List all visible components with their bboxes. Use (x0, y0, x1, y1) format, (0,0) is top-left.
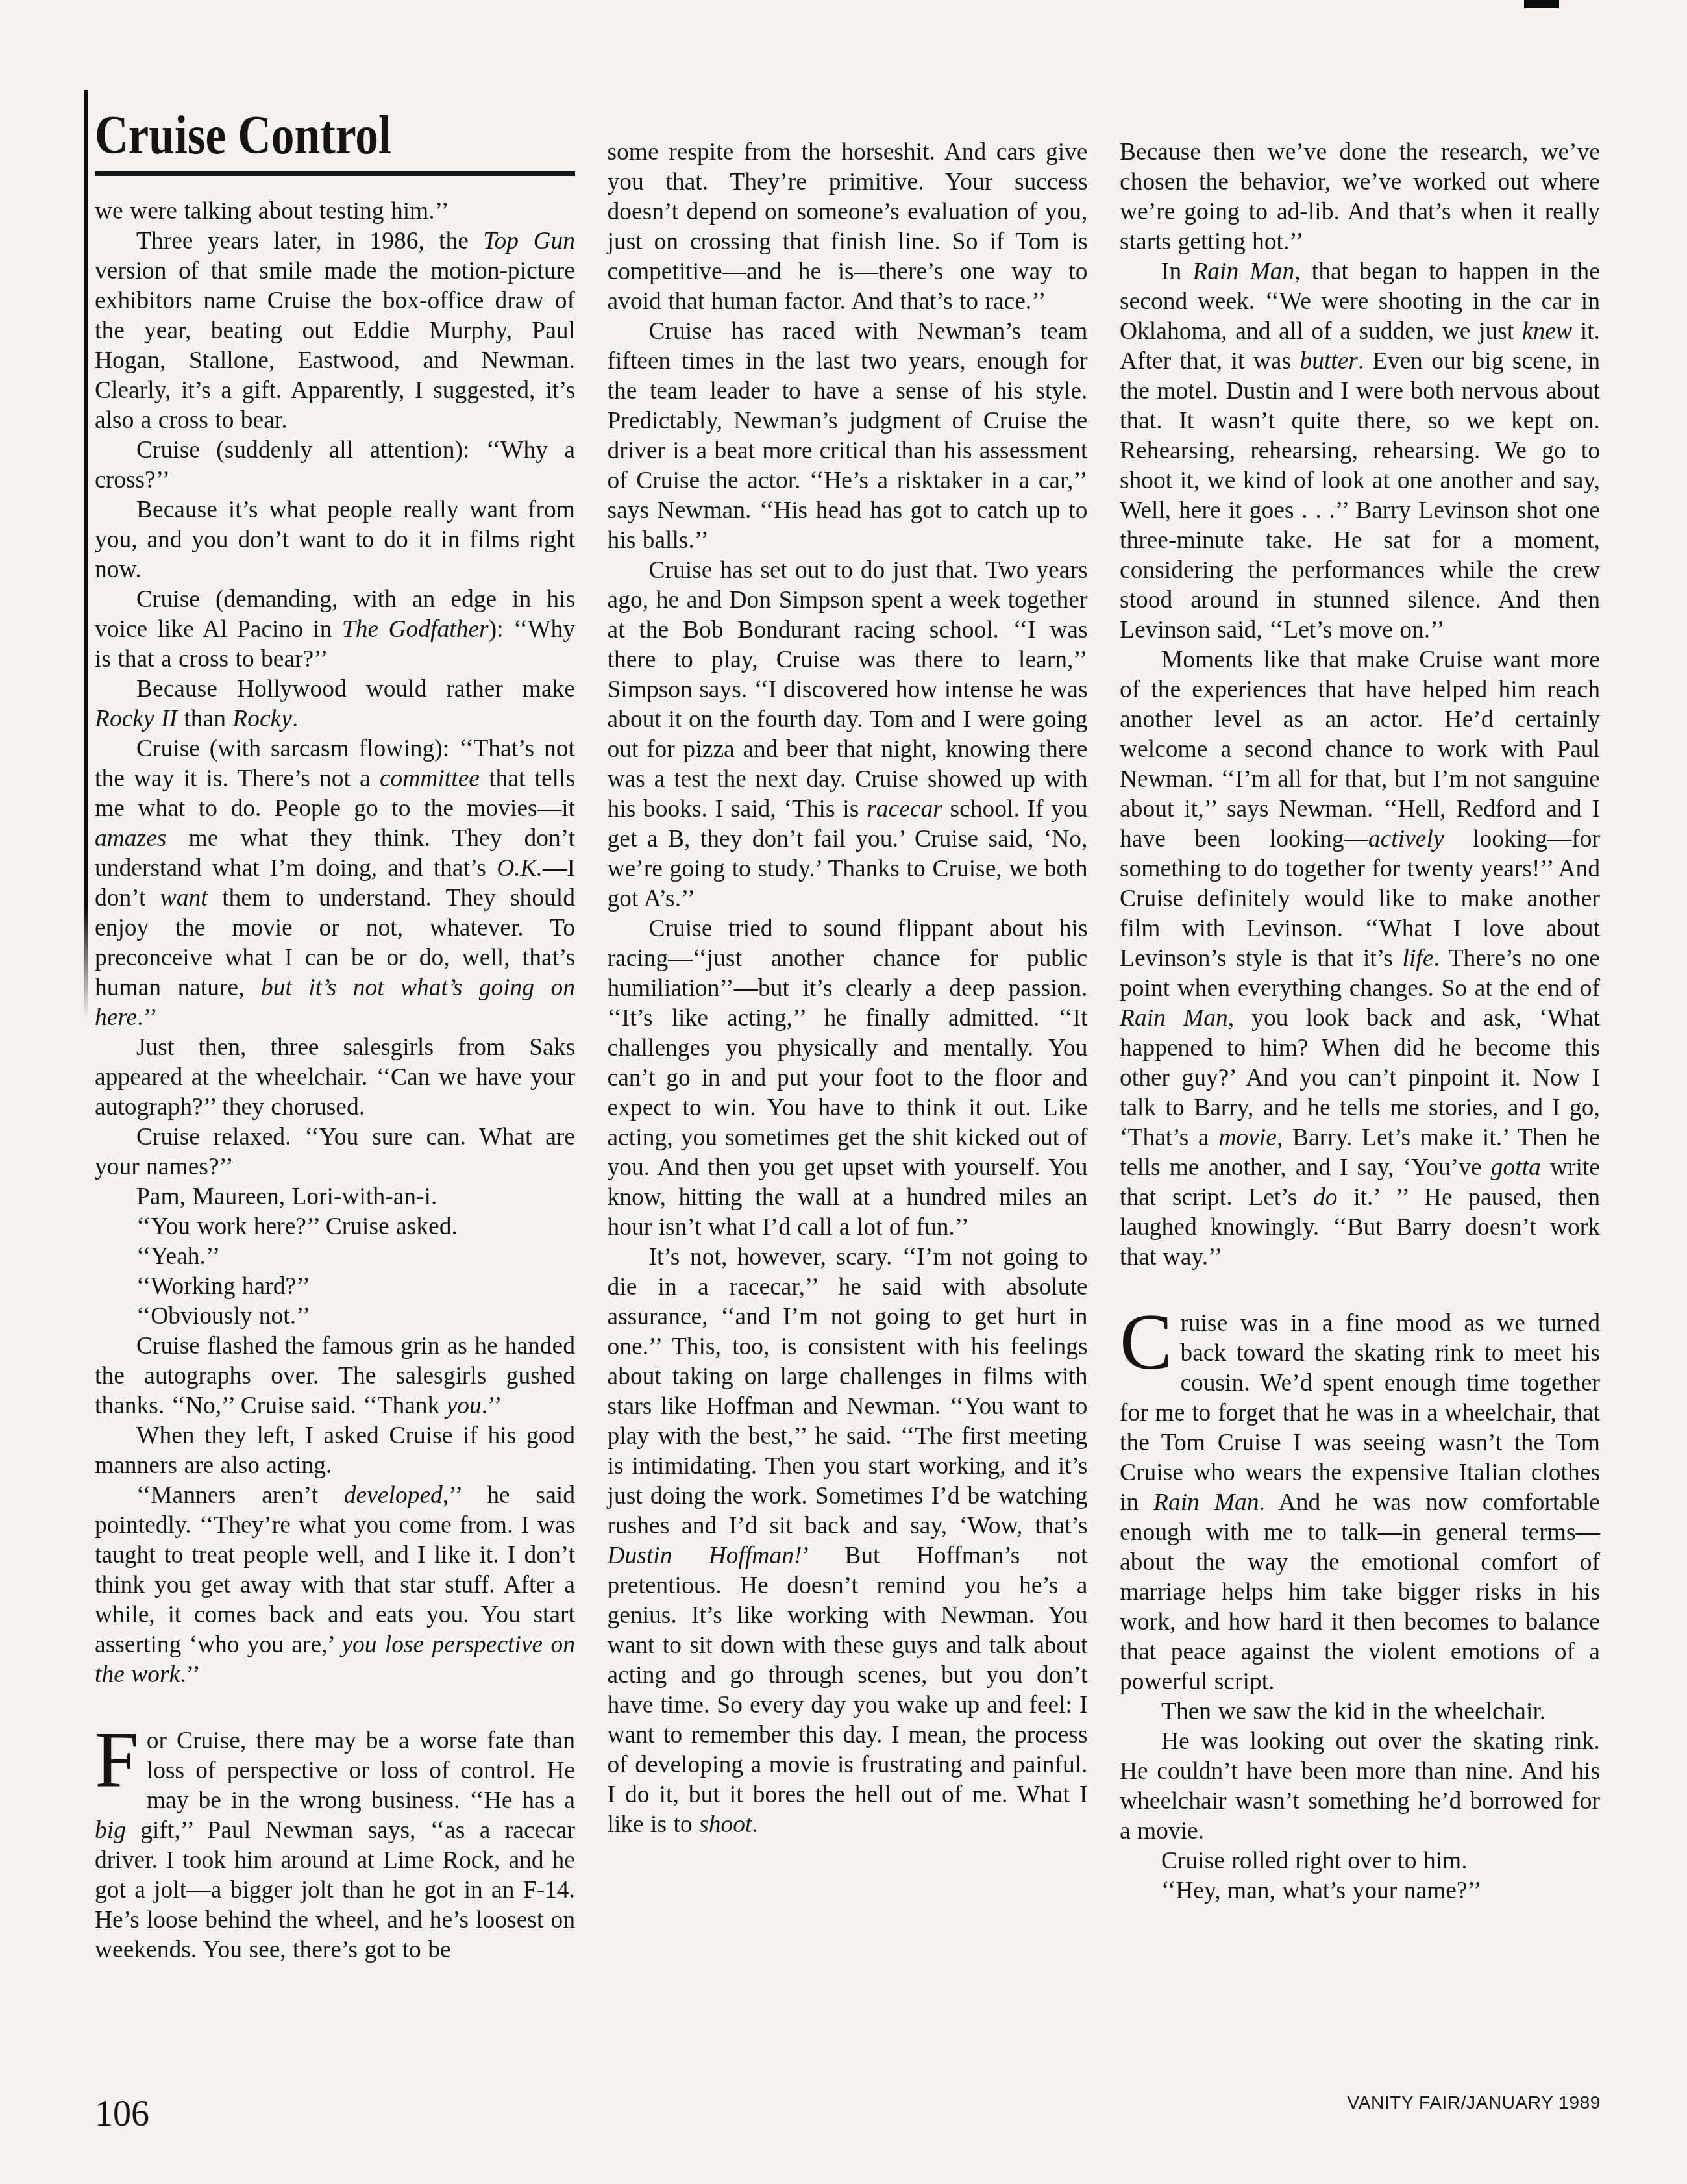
italic-text: knew (1522, 318, 1572, 345)
paragraph: some respite from the horseshit. And car… (608, 138, 1088, 317)
italic-text: shoot (699, 1811, 752, 1838)
drop-cap: F (95, 1726, 147, 1791)
italic-text: actively (1368, 826, 1444, 852)
text-run: Three years later, in 1986, the (136, 228, 483, 254)
paragraph: ‘‘Manners aren’t developed,’’ he said po… (95, 1481, 575, 1690)
paragraph: Cruise (suddenly all attention): ‘‘Why a… (95, 436, 575, 495)
italic-text: The Godfather (342, 616, 489, 643)
text-run: than (177, 706, 232, 732)
scan-edge-artifact (1524, 0, 1559, 8)
text-run: gift,’’ Paul Newman says, ‘‘as a racecar… (95, 1817, 575, 1963)
paragraph: ‘‘Hey, man, what’s your name?’’ (1120, 1876, 1600, 1906)
paragraph: For Cruise, there may be a worse fate th… (95, 1726, 575, 1965)
text-run: He was looking out over the skating rink… (1120, 1728, 1600, 1844)
paragraph: Then we saw the kid in the wheelchair. (1120, 1697, 1600, 1727)
italic-text: Rain Man (1120, 1005, 1228, 1032)
paragraph: Cruise flashed the famous grin as he han… (95, 1332, 575, 1421)
italic-text: you (447, 1393, 482, 1419)
text-run: In (1161, 258, 1192, 285)
drop-cap: C (1120, 1309, 1180, 1373)
text-run: . Even our big scene, in the motel. Dust… (1120, 348, 1600, 643)
text-run: Cruise (suddenly all attention): ‘‘Why a… (95, 437, 575, 493)
magazine-page: Cruise Control we were talking about tes… (0, 0, 1687, 2184)
column-3-text: Because then we’ve done the research, we… (1120, 138, 1600, 1906)
paragraph: It’s not, however, scary. ‘‘I’m not goin… (608, 1243, 1088, 1840)
paragraph: ‘‘Yeah.’’ (95, 1242, 575, 1272)
text-run: Then we saw the kid in the wheelchair. (1161, 1698, 1545, 1725)
column-1-text: we were talking about testing him.’’Thre… (95, 197, 575, 1965)
text-run: .’’ (137, 1004, 158, 1031)
text-run: . And he was now comfortable enough with… (1120, 1489, 1600, 1695)
italic-text: racecar (867, 796, 942, 823)
text-run: .’’ (180, 1661, 201, 1688)
text-run: Pam, Maureen, Lori-with-an-i. (136, 1184, 437, 1210)
italic-text: Top Gun (483, 228, 575, 254)
text-run: ‘‘You work here?’’ Cruise asked. (136, 1213, 458, 1240)
paragraph: we were talking about testing him.’’ (95, 197, 575, 227)
paragraph: Three years later, in 1986, the Top Gun … (95, 227, 575, 436)
italic-text: butter (1299, 348, 1358, 375)
text-run: Cruise rolled right over to him. (1161, 1848, 1468, 1874)
italic-text: Rocky II (95, 706, 177, 732)
text-run: . (752, 1811, 757, 1838)
text-run: ’ But Hoffman’s not pretentious. He does… (608, 1543, 1088, 1838)
text-run: ruise was in a fine mood as we turned ba… (1120, 1310, 1600, 1516)
paragraph: Cruise rolled right over to him. (1120, 1846, 1600, 1876)
column-1: Cruise Control we were talking about tes… (95, 106, 575, 1965)
text-run: Because it’s what people really want fro… (95, 497, 575, 583)
text-run: ‘‘Working hard?’’ (136, 1273, 310, 1300)
text-run: It’s not, however, scary. ‘‘I’m not goin… (608, 1244, 1088, 1539)
italic-text: gotta (1491, 1154, 1541, 1181)
text-run: ‘‘Yeah.’’ (136, 1243, 220, 1270)
text-run: Just then, three salesgirls from Saks ap… (95, 1034, 575, 1121)
text-run: Because then we’ve done the research, we… (1120, 139, 1600, 255)
paragraph: Moments like that make Cruise want more … (1120, 645, 1600, 1272)
paragraph: He was looking out over the skating rink… (1120, 1727, 1600, 1846)
paragraph: Cruise relaxed. ‘‘You sure can. What are… (95, 1123, 575, 1182)
italic-text: do (1313, 1184, 1338, 1211)
paragraph: Cruise has raced with Newman’s team fift… (608, 317, 1088, 556)
paragraph: In Rain Man, that began to happen in the… (1120, 257, 1600, 645)
italic-text: movie (1218, 1124, 1277, 1151)
text-run: we were talking about testing him.’’ (95, 198, 449, 225)
italic-text: Rain Man (1153, 1489, 1259, 1516)
italic-text: developed (344, 1482, 443, 1509)
column-2-text: some respite from the horseshit. And car… (608, 138, 1088, 1840)
italic-text: Rain Man (1192, 258, 1294, 285)
paragraph: Because Hollywood would rather make Rock… (95, 675, 575, 734)
article-header: Cruise Control (95, 106, 575, 176)
article-body: Cruise Control we were talking about tes… (95, 106, 1600, 1965)
text-run: Cruise flashed the famous grin as he han… (95, 1333, 575, 1419)
title-rule (95, 171, 575, 176)
paragraph: Cruise (demanding, with an edge in his v… (95, 585, 575, 675)
text-run: ‘‘Obviously not.’’ (136, 1303, 310, 1330)
text-run: some respite from the horseshit. And car… (608, 139, 1088, 315)
text-run: ‘‘Manners aren’t (136, 1482, 344, 1509)
page-title: Cruise Control (95, 106, 503, 165)
magazine-footer: VANITY FAIR/JANUARY 1989 (1348, 2092, 1601, 2114)
paragraph: ‘‘Working hard?’’ (95, 1272, 575, 1302)
page-number: 106 (95, 2094, 149, 2133)
italic-text: big (95, 1817, 126, 1844)
italic-text: O.K. (497, 855, 543, 882)
italic-text: committee (380, 765, 480, 792)
text-run: ‘‘Hey, man, what’s your name?’’ (1161, 1878, 1482, 1904)
paragraph: Cruise has set out to do just that. Two … (608, 556, 1088, 914)
italic-text: amazes (95, 825, 166, 852)
paragraph: Cruise was in a fine mood as we turned b… (1120, 1309, 1600, 1697)
paragraph: Just then, three salesgirls from Saks ap… (95, 1033, 575, 1123)
italic-text: Dustin Hoffman! (608, 1543, 802, 1569)
paragraph: When they left, I asked Cruise if his go… (95, 1421, 575, 1481)
scan-edge-artifact (84, 90, 88, 1018)
text-run: or Cruise, there may be a worse fate tha… (147, 1728, 575, 1814)
text-run: Cruise relaxed. ‘‘You sure can. What are… (95, 1124, 575, 1180)
paragraph: Cruise (with sarcasm flowing): ‘‘That’s … (95, 734, 575, 1033)
paragraph: Pam, Maureen, Lori-with-an-i. (95, 1182, 575, 1212)
text-run: Cruise has raced with Newman’s team fift… (608, 318, 1088, 554)
text-run: Cruise has set out to do just that. Two … (608, 557, 1088, 823)
paragraph: ‘‘Obviously not.’’ (95, 1302, 575, 1332)
text-run: Moments like that make Cruise want more … (1120, 647, 1600, 852)
column-2: some respite from the horseshit. And car… (608, 106, 1088, 1965)
italic-text: life (1403, 945, 1434, 972)
paragraph: Because then we’ve done the research, we… (1120, 138, 1600, 257)
paragraph: Cruise tried to sound flippant about his… (608, 914, 1088, 1243)
text-run: Cruise tried to sound flippant about his… (608, 915, 1088, 1241)
italic-text: want (160, 885, 208, 912)
paragraph: ‘‘You work here?’’ Cruise asked. (95, 1212, 575, 1242)
column-3: Because then we’ve done the research, we… (1120, 106, 1600, 1965)
italic-text: Rocky (232, 706, 292, 732)
text-run: . (292, 706, 298, 732)
text-run: When they left, I asked Cruise if his go… (95, 1422, 575, 1479)
paragraph: Because it’s what people really want fro… (95, 495, 575, 585)
text-run: Because Hollywood would rather make (136, 676, 575, 702)
text-run: .’’ (482, 1393, 502, 1419)
text-run: version of that smile made the motion-pi… (95, 258, 575, 434)
